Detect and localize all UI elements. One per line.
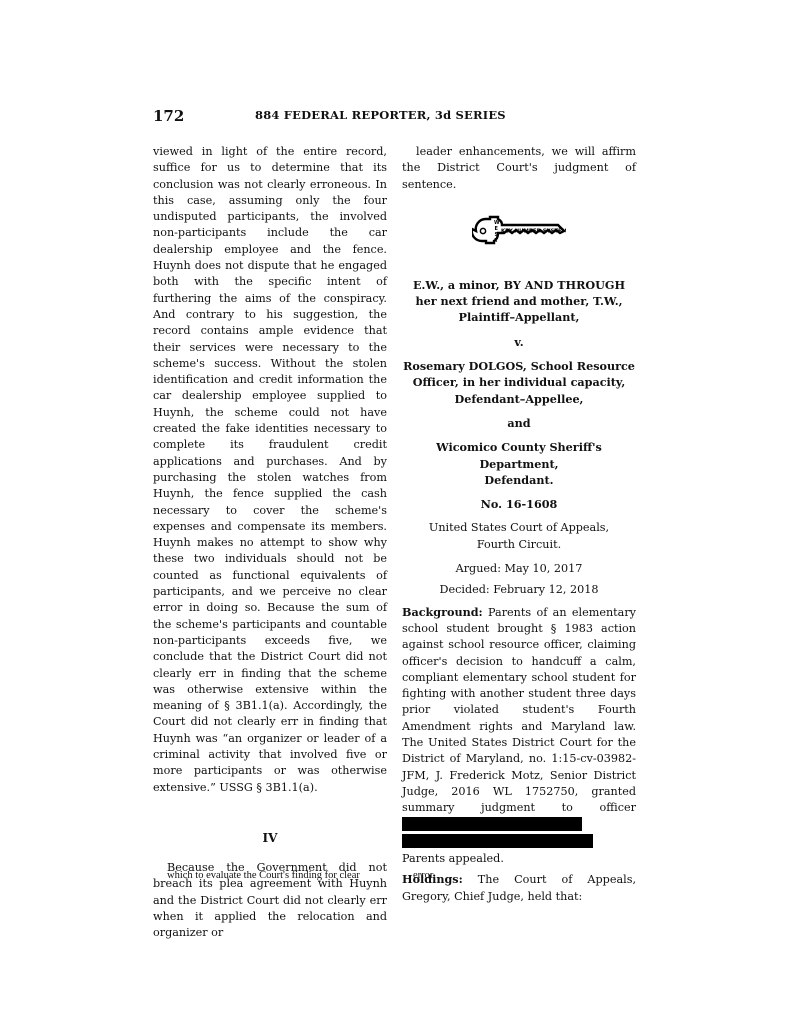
section-heading: IV [153,830,387,846]
redaction-bar [402,817,582,831]
opinion-paragraph-continued: leader enhancements, we will affirm the … [402,144,636,193]
conjunction: and [402,415,636,431]
court-name-line-2: Fourth Circuit. [402,537,636,553]
plaintiff-name-line-2: her next friend and mother, T.W., [402,293,636,309]
footnote-fragment-right: error. [413,870,435,881]
versus: v. [402,334,636,350]
defendant-name-line-2: Officer, in her individual capacity, [402,374,636,390]
docket-number: No. 16-1608 [402,496,636,512]
running-head: 172 884 FEDERAL REPORTER, 3d SERIES [153,107,636,127]
opinion-paragraph: viewed in light of the entire record, su… [153,144,387,796]
svg-text:T: T [495,238,499,244]
background-synopsis: Background: Parents of an elementary sch… [402,604,636,868]
decided-date: Decided: February 12, 2018 [402,582,636,598]
case-caption: E.W., a minor, BY AND THROUGH her next f… [402,277,636,599]
document-page: 172 884 FEDERAL REPORTER, 3d SERIES view… [0,0,791,1024]
plaintiff-name-line-1: E.W., a minor, BY AND THROUGH [402,277,636,293]
defendant2-name: Wicomico County Sheriff's Department, [402,439,636,472]
page-number: 172 [153,107,184,125]
background-after-redaction: Parents [402,852,445,865]
background-end: appealed. [449,852,504,865]
defendant2-role: Defendant. [402,472,636,488]
plaintiff-role: Plaintiff–Appellant, [402,309,636,325]
defendant-role: Defendant–Appellee, [402,391,636,407]
reporter-title: 884 FEDERAL REPORTER, 3d SERIES [255,108,506,122]
footnote-fragment-left: which to evaluate the Court's finding fo… [167,870,360,881]
background-text: Parents of an elementary school student … [402,606,636,815]
defendant-name-line-1: Rosemary DOLGOS, School Resource [402,358,636,374]
key-number-system-icon: W E S T KEY NUMBER SYSTEM [472,215,566,247]
argued-date: Argued: May 10, 2017 [402,561,636,577]
background-label: Background: [402,605,483,619]
court-name-line-1: United States Court of Appeals, [402,520,636,536]
redaction-bar [402,834,593,848]
svg-text:KEY NUMBER SYSTEM: KEY NUMBER SYSTEM [501,228,566,234]
left-column: viewed in light of the entire record, su… [153,144,387,942]
holdings-synopsis: Holdings: The Court of Appeals, Gregory,… [402,871,636,905]
right-column: leader enhancements, we will affirm the … [402,144,636,905]
